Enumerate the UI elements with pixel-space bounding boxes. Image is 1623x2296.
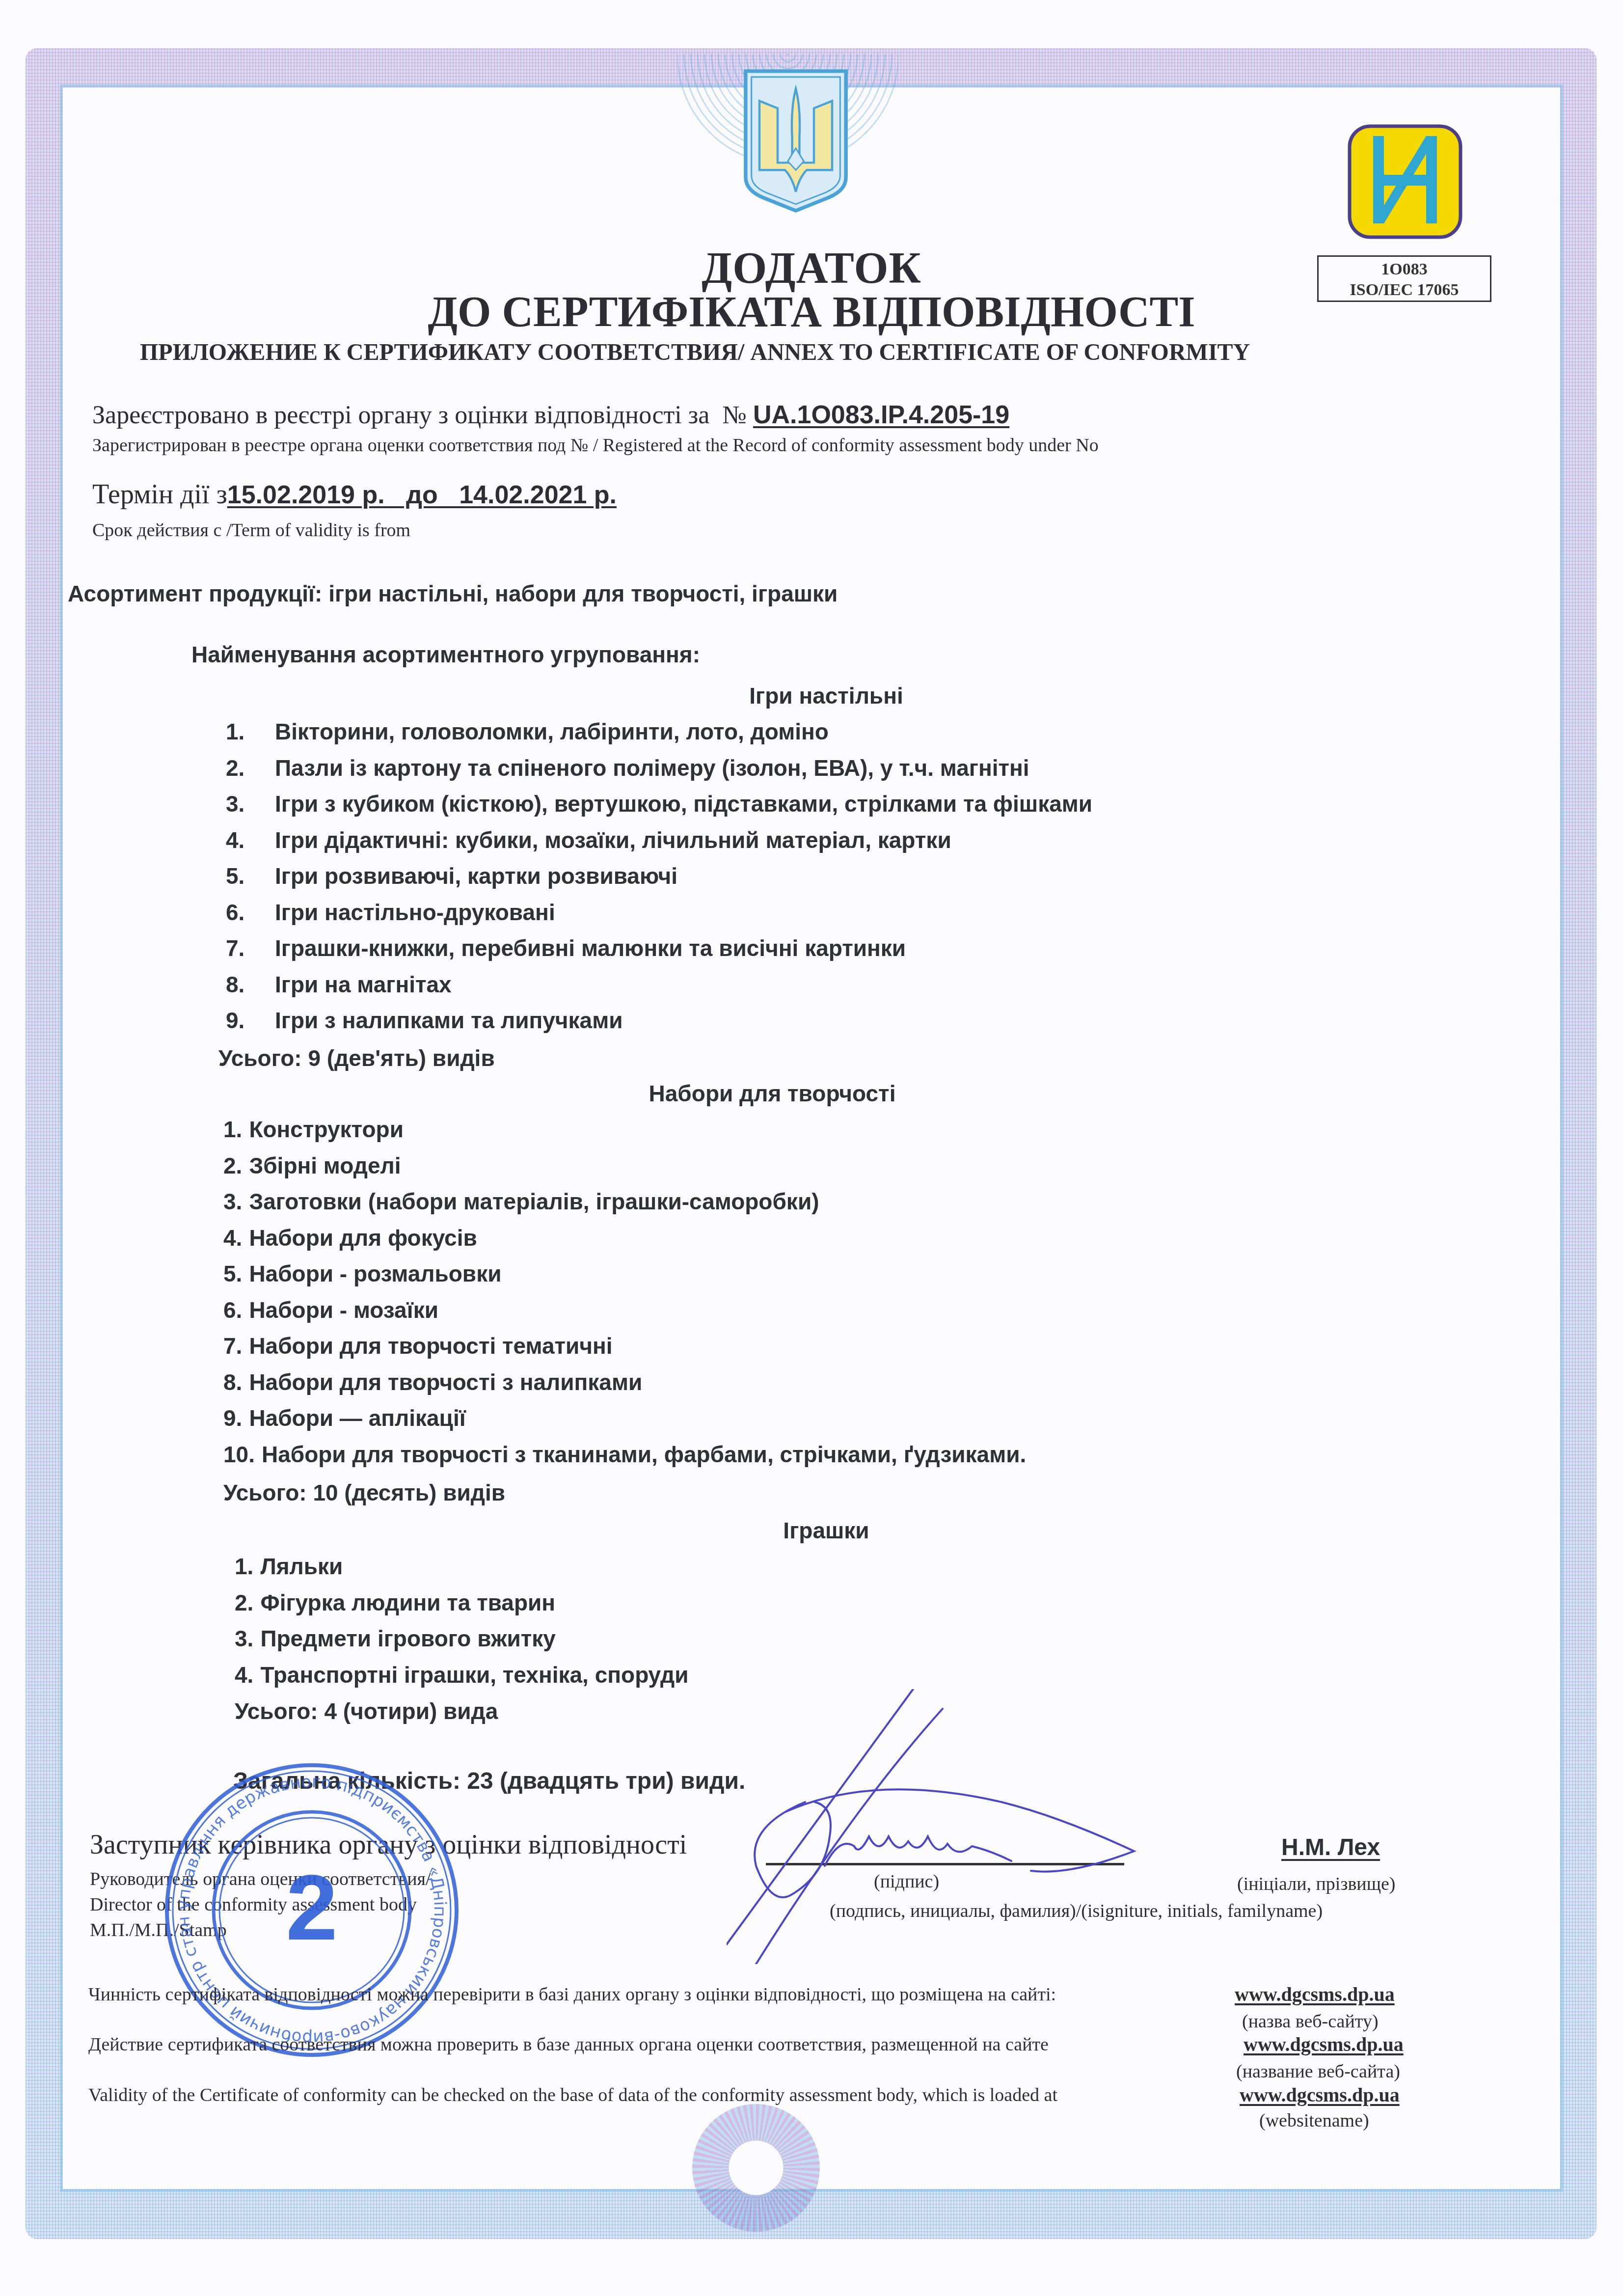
list-item: 7.Набори для творчості тематичні xyxy=(223,1333,1026,1369)
list-item-text: Предмети ігрового вжитку xyxy=(260,1626,556,1651)
list-item: 3.Заготовки (набори матеріалів, іграшки-… xyxy=(223,1188,1026,1225)
list-item-text: Ігри з налипками та липучками xyxy=(275,1008,622,1033)
list-item-number: 7. xyxy=(226,935,275,961)
list-item: 4.Транспортні іграшки, техніка, споруди xyxy=(235,1662,689,1698)
website-link-ua[interactable]: www.dgcsms.dp.ua xyxy=(1235,1983,1395,2006)
document-title: ДОДАТОК xyxy=(0,243,1623,294)
registration-line: Зареєстровано в реєстрі органу з оцінки … xyxy=(92,400,1009,430)
list-item: 5.Набори - розмальовки xyxy=(223,1260,1026,1297)
list-item-number: 6. xyxy=(226,899,275,926)
assortment-group-heading: Найменування асортиментного угруповання: xyxy=(191,641,700,668)
list-item: 4.Ігри дідактичні: кубики, мозаїки, лічи… xyxy=(226,827,1092,863)
official-stamp-icon: управління державного підприємства «Дніп… xyxy=(162,1760,461,2060)
validity-term-translation: Срок действия с /Term of validity is fro… xyxy=(92,519,410,541)
list-item-text: Ігри настільно-друковані xyxy=(275,900,555,925)
validity-term-dates: 15.02.2019 р. до 14.02.2021 р. xyxy=(227,481,617,509)
validity-term-line: Термін дії з15.02.2019 р. до 14.02.2021 … xyxy=(92,479,617,510)
product-assortment: Асортимент продукції: ігри настільні, на… xyxy=(68,580,838,607)
verification-text-ua: Чинність сертифіката відповідності можна… xyxy=(88,1984,1056,2005)
list-item-number: 4. xyxy=(235,1662,253,1688)
list-item: 2.Пазли із картону та спіненого полімеру… xyxy=(226,755,1092,791)
website-caption-ru: (название веб-сайта) xyxy=(1236,2061,1400,2082)
list-item-number: 1. xyxy=(226,718,275,745)
list-item-number: 4. xyxy=(223,1225,242,1251)
list-item: 8.Набори для творчості з налипками xyxy=(223,1369,1026,1405)
document-title-translations: ПРИЛОЖЕНИЕ К СЕРТИФИКАТУ СООТВЕТСТВИЯ/ A… xyxy=(140,339,1250,366)
toys-list: 1.Ляльки2.Фігурка людини та тварин3.Пред… xyxy=(235,1553,689,1697)
list-item-number: 9. xyxy=(226,1007,275,1034)
list-item-number: 4. xyxy=(226,827,275,853)
registration-label: Зареєстровано в реєстрі органу з оцінки … xyxy=(92,401,709,429)
list-item-text: Конструктори xyxy=(249,1117,404,1142)
creative-kits-list: 1.Конструктори2.Збірні моделі3.Заготовки… xyxy=(223,1116,1026,1477)
section-title-toys: Іграшки xyxy=(15,1517,1623,1544)
list-item-text: Набори для творчості з налипками xyxy=(249,1369,642,1395)
list-item-text: Набори для творчості з тканинами, фарбам… xyxy=(262,1442,1026,1467)
list-item: 9.Набори — аплікації xyxy=(223,1405,1026,1441)
list-item-number: 3. xyxy=(226,791,275,817)
list-item-text: Ігри дідактичні: кубики, мозаїки, лічиль… xyxy=(275,827,951,853)
na-accreditation-logo xyxy=(1348,124,1462,239)
list-item-number: 1. xyxy=(235,1553,253,1580)
list-item: 2.Збірні моделі xyxy=(223,1152,1026,1189)
name-caption: (ініціали, прізвище) xyxy=(1237,1873,1395,1895)
ukraine-coat-of-arms-icon xyxy=(741,68,850,214)
list-item-text: Набори - мозаїки xyxy=(249,1297,438,1323)
validity-term-label: Термін дії з xyxy=(92,479,227,510)
list-item: 10.Набори для творчості з тканинами, фар… xyxy=(223,1441,1026,1477)
list-item-text: Пазли із картону та спіненого полімеру (… xyxy=(275,755,1029,781)
list-item-text: Фігурка людини та тварин xyxy=(260,1590,555,1615)
list-item-number: 8. xyxy=(223,1369,242,1395)
list-item-number: 6. xyxy=(223,1297,242,1323)
list-item: 6.Набори - мозаїки xyxy=(223,1297,1026,1333)
toys-total: Усього: 4 (чотири) вида xyxy=(235,1698,498,1724)
rosette-ornament xyxy=(692,2104,820,2232)
list-item: 1.Конструктори xyxy=(223,1116,1026,1152)
board-games-total: Усього: 9 (дев'ять) видів xyxy=(218,1045,495,1071)
list-item-number: 10. xyxy=(223,1441,255,1468)
handwritten-signature xyxy=(727,1689,1217,1964)
list-item-number: 5. xyxy=(223,1260,242,1287)
website-link-ru[interactable]: www.dgcsms.dp.ua xyxy=(1244,2033,1404,2056)
list-item-number: 7. xyxy=(223,1333,242,1359)
list-item-number: 8. xyxy=(226,971,275,998)
list-item-number: 2. xyxy=(223,1152,242,1179)
verification-text-en: Validity of the Certificate of conformit… xyxy=(88,2084,1057,2106)
list-item-text: Ігри з кубиком (кісткою), вертушкою, під… xyxy=(275,791,1092,817)
list-item-number: 9. xyxy=(223,1405,242,1431)
list-item-text: Набори для творчості тематичні xyxy=(249,1333,612,1359)
registration-label-translation: Зарегистрирован в реестре органа оценки … xyxy=(92,435,1099,456)
signatory-name: Н.М. Лех xyxy=(1281,1834,1380,1861)
list-item: 7.Іграшки-книжки, перебивні малюнки та в… xyxy=(226,935,1092,971)
list-item-text: Набори для фокусів xyxy=(249,1225,477,1251)
section-title-board-games: Ігри настільні xyxy=(15,683,1623,709)
list-item: 9.Ігри з налипками та липучками xyxy=(226,1007,1092,1043)
number-sign: № xyxy=(722,401,747,429)
list-item-text: Ляльки xyxy=(260,1554,343,1579)
list-item-text: Транспортні іграшки, техніка, споруди xyxy=(260,1662,688,1688)
registration-number: UA.1O083.IP.4.205-19 xyxy=(753,401,1009,429)
board-games-list: 1.Вікторини, головоломки, лабіринти, лот… xyxy=(226,718,1092,1043)
website-link-en[interactable]: www.dgcsms.dp.ua xyxy=(1240,2083,1400,2106)
list-item-text: Іграшки-книжки, перебивні малюнки та вис… xyxy=(275,935,906,961)
list-item: 8.Ігри на магнітах xyxy=(226,971,1092,1008)
document-subtitle: ДО СЕРТИФІКАТА ВІДПОВІДНОСТІ xyxy=(0,287,1623,337)
website-caption-en: (websitename) xyxy=(1259,2110,1369,2132)
list-item-number: 2. xyxy=(226,755,275,781)
creative-kits-total: Усього: 10 (десять) видів xyxy=(223,1479,505,1506)
list-item: 4.Набори для фокусів xyxy=(223,1225,1026,1261)
list-item-number: 2. xyxy=(235,1589,253,1616)
list-item-number: 5. xyxy=(226,863,275,889)
section-title-creative-kits: Набори для творчості xyxy=(0,1080,1584,1107)
list-item: 5.Ігри розвиваючі, картки розвиваючі xyxy=(226,863,1092,899)
list-item: 2.Фігурка людини та тварин xyxy=(235,1589,689,1626)
list-item-text: Набори - розмальовки xyxy=(249,1261,501,1286)
list-item: 1.Вікторини, головоломки, лабіринти, лот… xyxy=(226,718,1092,755)
list-item: 3.Предмети ігрового вжитку xyxy=(235,1625,689,1662)
stamp-number: 2 xyxy=(286,1856,338,1960)
list-item-text: Набори — аплікації xyxy=(249,1405,465,1431)
list-item-number: 3. xyxy=(223,1188,242,1215)
list-item: 3.Ігри з кубиком (кісткою), вертушкою, п… xyxy=(226,791,1092,827)
verification-text-ru: Действие сертификата соответствия можна … xyxy=(88,2034,1049,2055)
list-item-number: 1. xyxy=(223,1116,242,1143)
list-item-text: Вікторини, головоломки, лабіринти, лото,… xyxy=(275,719,829,744)
list-item-text: Збірні моделі xyxy=(249,1153,401,1178)
list-item-text: Ігри розвиваючі, картки розвиваючі xyxy=(275,863,677,889)
website-caption-ua: (назва веб-сайту) xyxy=(1242,2011,1379,2032)
list-item-number: 3. xyxy=(235,1625,253,1652)
list-item-text: Ігри на магнітах xyxy=(275,972,452,997)
list-item-text: Заготовки (набори матеріалів, іграшки-са… xyxy=(249,1189,819,1214)
list-item: 6.Ігри настільно-друковані xyxy=(226,899,1092,935)
list-item: 1.Ляльки xyxy=(235,1553,689,1589)
